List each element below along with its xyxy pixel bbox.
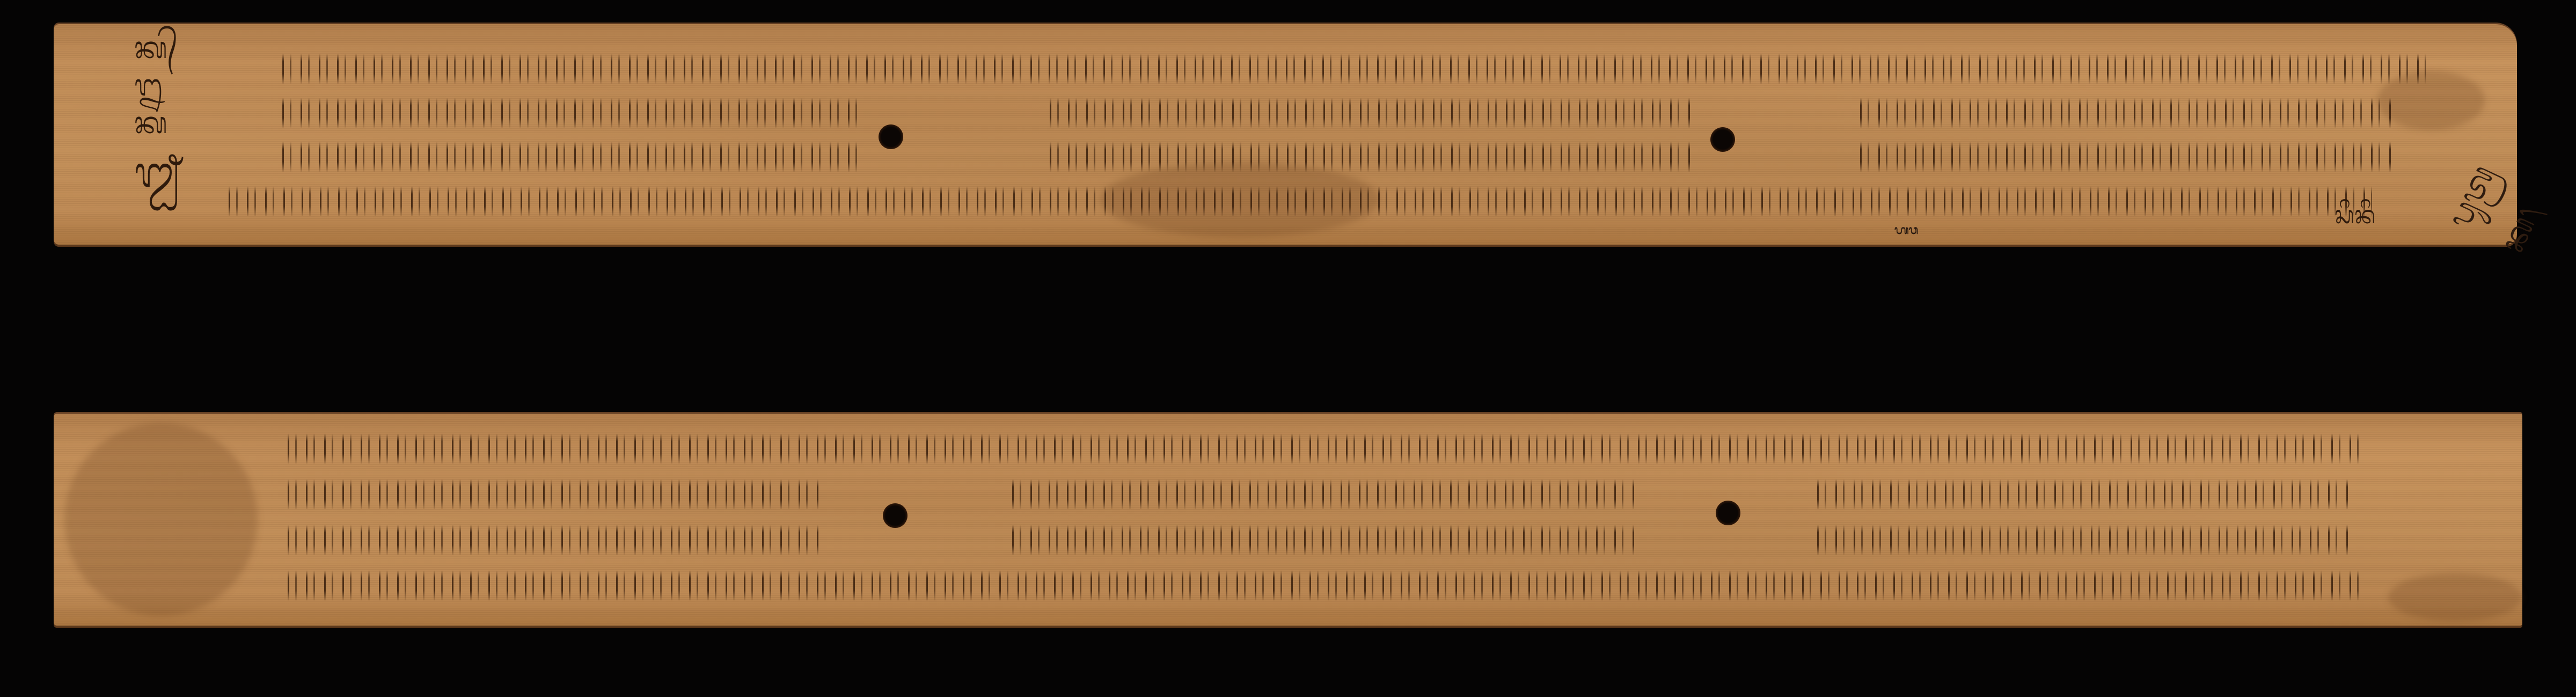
script-glyphs xyxy=(279,98,859,128)
binding-hole xyxy=(879,124,903,149)
script-glyphs xyxy=(284,434,2367,464)
script-glyphs xyxy=(1857,98,2394,128)
margin-note: ᬲᬶᬦᬶ xyxy=(2334,202,2375,227)
script-glyphs xyxy=(279,142,859,172)
margin-mark: ᭒ xyxy=(134,71,163,101)
script-glyphs xyxy=(225,186,2372,216)
binding-hole xyxy=(1710,127,1735,152)
leaf-stain xyxy=(2388,573,2522,621)
script-glyphs xyxy=(1857,142,2394,172)
margin-mark: ᬓ᭄ xyxy=(134,33,178,63)
palm-leaf-top: ᬓ᭄ ᭒ ᬓ ᬐ ᬳᬯ ᬧᬸᬢ᭄ᬭᬓ᭞ ᬲᬶᬦᬶ xyxy=(54,23,2517,247)
script-line xyxy=(1857,98,2394,128)
script-line xyxy=(279,142,859,172)
script-glyphs xyxy=(1046,98,1696,128)
margin-mark: ᬓ xyxy=(134,108,167,138)
script-line xyxy=(279,98,859,128)
script-line xyxy=(279,54,2426,84)
script-glyphs xyxy=(1814,479,2351,509)
margin-mark: ᬐ xyxy=(134,151,184,194)
script-line xyxy=(1046,98,1696,128)
script-glyphs xyxy=(1009,525,1637,555)
script-glyphs xyxy=(284,479,821,509)
script-line xyxy=(1814,479,2351,509)
palm-leaf-bottom xyxy=(54,412,2522,628)
script-line xyxy=(1009,525,1637,555)
script-line xyxy=(1814,525,2351,555)
script-line xyxy=(1009,479,1637,509)
script-glyphs xyxy=(1046,142,1696,172)
script-line xyxy=(284,570,2367,600)
folio-number: ᬧᬸᬢ᭄ᬭᬓ᭞ xyxy=(2436,143,2575,265)
script-line xyxy=(1046,142,1696,172)
script-glyphs xyxy=(279,54,2426,84)
script-line xyxy=(284,525,821,555)
binding-hole xyxy=(883,503,908,528)
script-glyphs xyxy=(284,570,2367,600)
script-line xyxy=(284,434,2367,464)
script-line xyxy=(225,186,2372,216)
binding-hole xyxy=(1716,501,1740,525)
script-glyphs xyxy=(1009,479,1637,509)
script-glyphs xyxy=(1814,525,2351,555)
script-glyphs xyxy=(284,525,821,555)
script-line xyxy=(1857,142,2394,172)
marginal-annotation: ᬳᬯ xyxy=(1894,221,1918,243)
script-line xyxy=(284,479,821,509)
leaf-stain xyxy=(64,423,258,616)
